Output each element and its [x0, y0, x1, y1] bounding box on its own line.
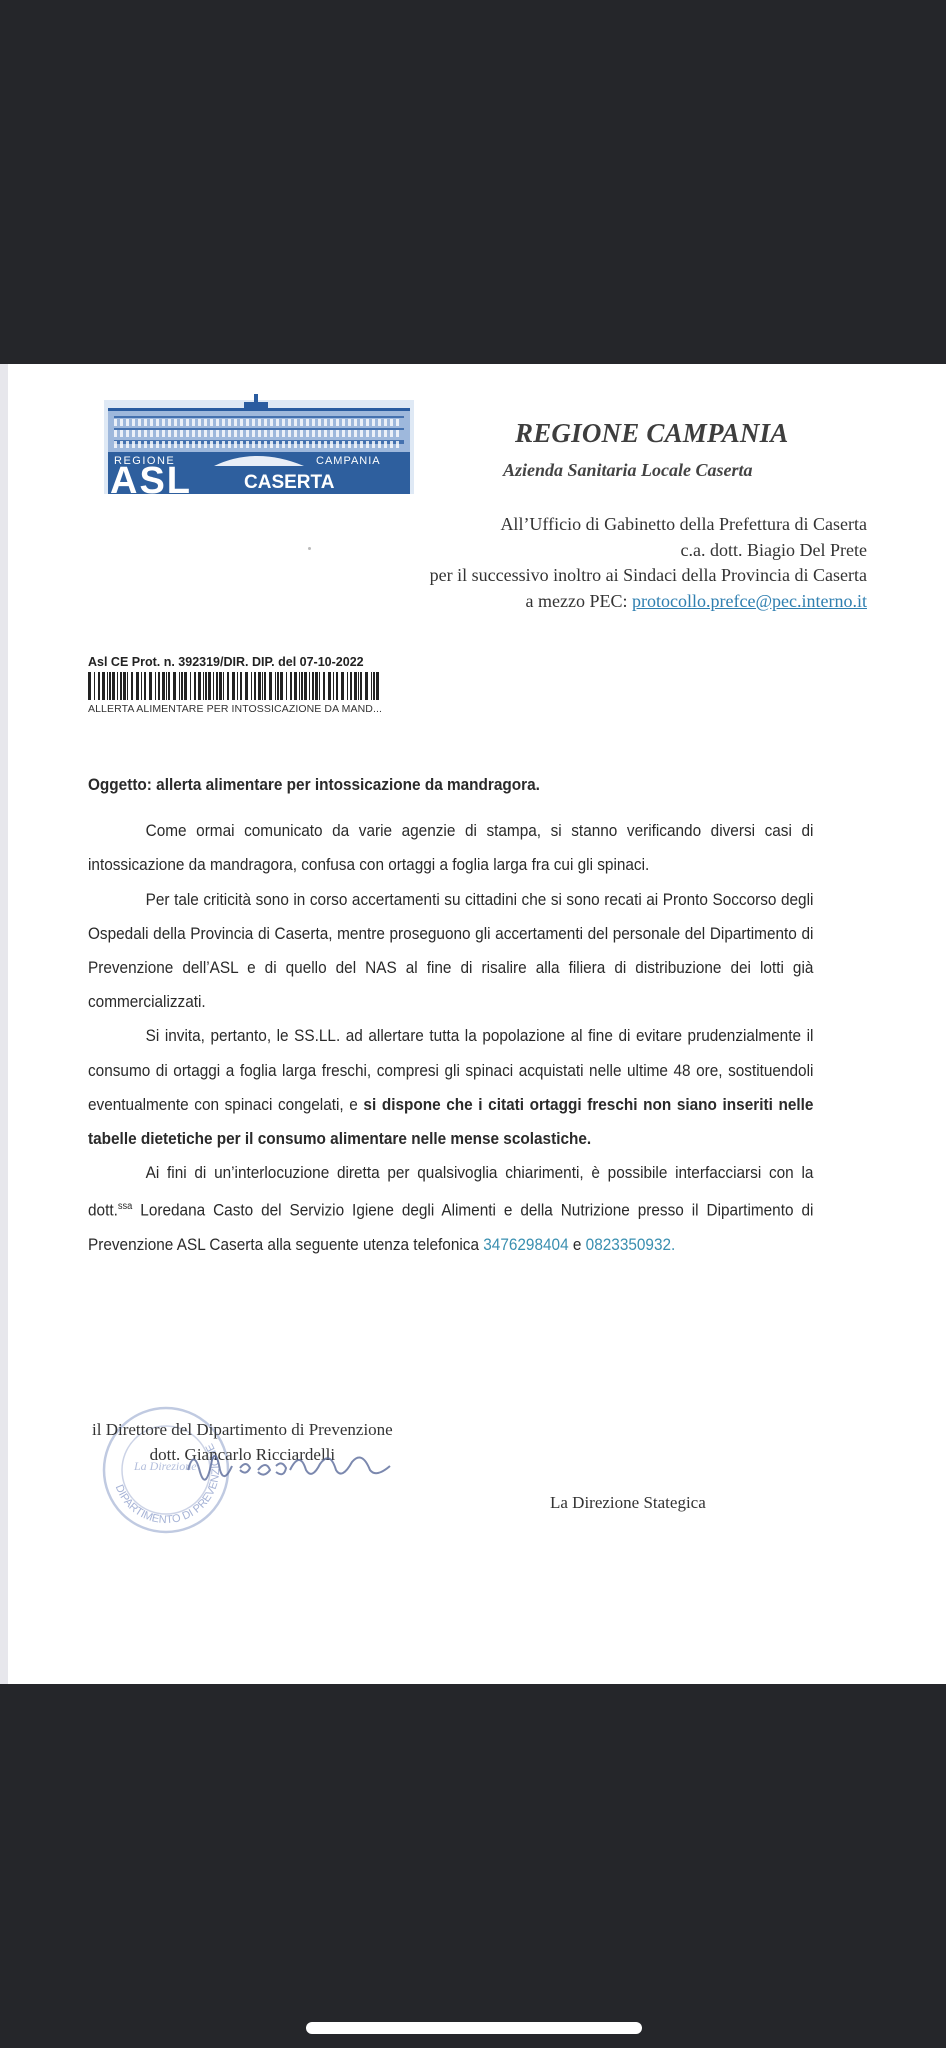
signatory-role: il Direttore del Dipartimento di Prevenz…	[92, 1417, 393, 1442]
agency-subtitle: Azienda Sanitaria Locale Caserta	[503, 460, 753, 481]
paragraph-1: Come ormai comunicato da varie agenzie d…	[88, 814, 813, 882]
barcode	[88, 672, 383, 700]
home-indicator[interactable]	[306, 2022, 642, 2034]
page-edge	[0, 364, 8, 1684]
letter-subject: Oggetto: allerta alimentare per intossic…	[88, 768, 813, 802]
paragraph-2: Per tale criticità sono in corso accerta…	[88, 883, 813, 1020]
protocol-number: Asl CE Prot. n. 392319/DIR. DIP. del 07-…	[88, 655, 364, 669]
recipient-line-4: a mezzo PEC: protocollo.prefce@pec.inter…	[430, 589, 867, 615]
svg-text:CAMPANIA: CAMPANIA	[316, 455, 381, 467]
paragraph-4: Ai fini di un’interlocuzione diretta per…	[88, 1156, 813, 1262]
svg-text:ASL: ASL	[110, 460, 192, 494]
barcode-label: ALLERTA ALIMENTARE PER INTOSSICAZIONE DA…	[88, 703, 382, 715]
paragraph-3: Si invita, pertanto, le SS.LL. ad allert…	[88, 1019, 813, 1156]
speck	[308, 547, 311, 550]
strategic-direction: La Direzione Stategica	[550, 1493, 706, 1513]
phone-number-2[interactable]: 0823350932	[586, 1236, 671, 1254]
recipient-line-3: per il successivo inoltro ai Sindaci del…	[430, 563, 867, 589]
recipient-line-2: c.a. dott. Biagio Del Prete	[430, 538, 867, 564]
asl-caserta-logo: REGIONE CAMPANIA ASL CASERTA	[104, 390, 414, 494]
region-title: REGIONE CAMPANIA	[515, 418, 789, 449]
handwritten-signature	[180, 1440, 420, 1500]
letter-body: Oggetto: allerta alimentare per intossic…	[88, 768, 813, 1262]
phone-number-1[interactable]: 3476298404	[483, 1236, 568, 1254]
recipient-address: All’Ufficio di Gabinetto della Prefettur…	[430, 512, 867, 614]
svg-text:CASERTA: CASERTA	[244, 472, 335, 493]
recipient-line-1: All’Ufficio di Gabinetto della Prefettur…	[430, 512, 867, 538]
pec-email-link[interactable]: protocollo.prefce@pec.interno.it	[632, 591, 867, 611]
